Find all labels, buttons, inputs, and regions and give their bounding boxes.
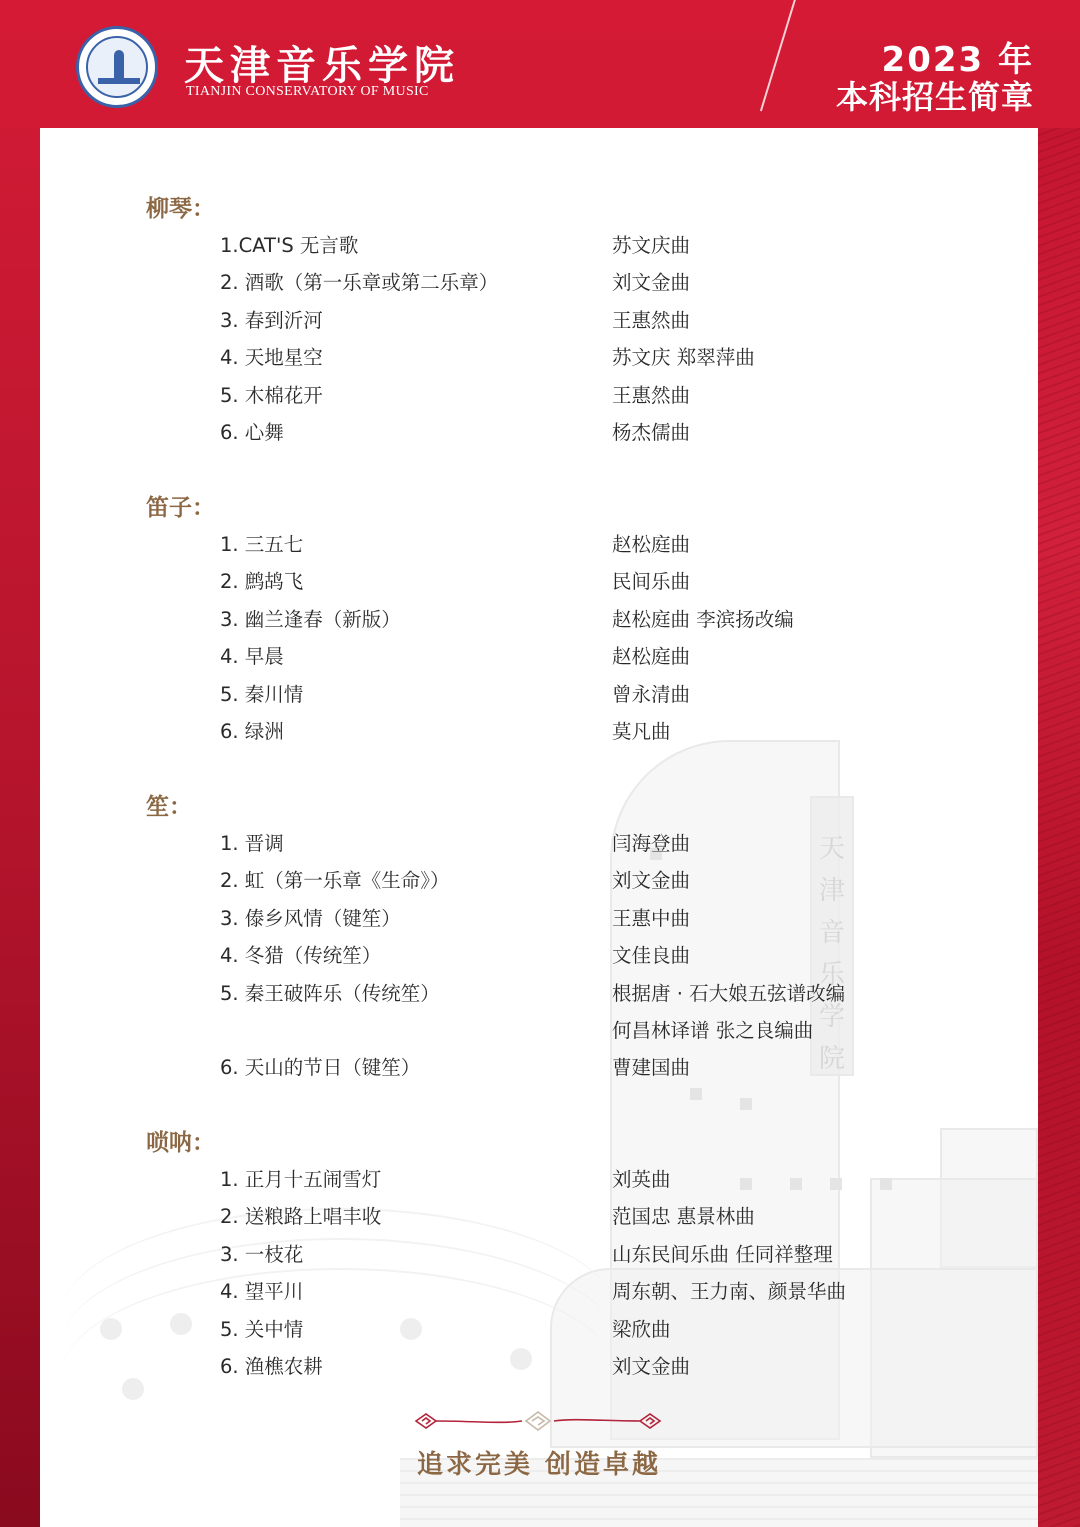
list-item: 1. 正月十五闹雪灯刘英曲 (146, 1161, 1026, 1198)
piece-title: 2. 送粮路上唱丰收 (220, 1198, 381, 1235)
composer: 刘文金曲 (612, 264, 690, 301)
list-item: 1. 晋调闫海登曲 (146, 825, 1026, 862)
piece-title: 5. 秦王破阵乐（传统笙） (220, 975, 440, 1012)
piece-title: 4. 早晨 (220, 638, 284, 675)
piece-title: 1.CAT'S 无言歌 (220, 227, 358, 264)
composer: 杨杰儒曲 (612, 414, 690, 451)
list-item: 6. 渔樵农耕刘文金曲 (146, 1348, 1026, 1385)
composer: 刘文金曲 (612, 862, 690, 899)
composer: 闫海登曲 (612, 825, 690, 862)
composer: 根据唐 · 石大娘五弦谱改编 (612, 975, 845, 1012)
composer: 刘英曲 (612, 1161, 671, 1198)
left-red-border (0, 128, 40, 1527)
list-item: 3. 傣乡风情（键笙）王惠中曲 (146, 900, 1026, 937)
composer: 莫凡曲 (612, 713, 671, 750)
list-item: 5. 秦川情曾永清曲 (146, 676, 1026, 713)
list-item: 4. 天地星空苏文庆 郑翠萍曲 (146, 339, 1026, 376)
section-sheng: 笙： 1. 晋调闫海登曲 2. 虹（第一乐章《生命》）刘文金曲 3. 傣乡风情（… (146, 790, 1026, 1087)
list-item: 4. 早晨赵松庭曲 (146, 638, 1026, 675)
school-motto: 追求完美 创造卓越 (40, 1444, 1038, 1481)
composer: 刘文金曲 (612, 1348, 690, 1385)
school-name-en: TIANJIN CONSERVATORY OF MUSIC (186, 84, 429, 100)
document-title: 本科招生简章 (836, 72, 1034, 118)
composer: 王惠中曲 (612, 900, 690, 937)
composer: 王惠然曲 (612, 302, 690, 339)
list-item: 3. 幽兰逢春（新版）赵松庭曲 李滨扬改编 (146, 601, 1026, 638)
composer: 曹建国曲 (612, 1049, 690, 1086)
section-title: 唢呐： (146, 1126, 1026, 1160)
piece-title: 4. 望平川 (220, 1273, 303, 1310)
list-item: 2. 酒歌（第一乐章或第二乐章）刘文金曲 (146, 264, 1026, 301)
piece-title: 6. 渔樵农耕 (220, 1348, 323, 1385)
school-emblem-icon (76, 26, 158, 108)
piece-title: 5. 关中情 (220, 1311, 303, 1348)
list-item: 2. 虹（第一乐章《生命》）刘文金曲 (146, 862, 1026, 899)
section-title: 笙： (146, 790, 1026, 824)
list-item: 5. 关中情梁欣曲 (146, 1311, 1026, 1348)
composer: 赵松庭曲 李滨扬改编 (612, 601, 794, 638)
right-red-border (1038, 128, 1080, 1527)
piece-title: 2. 鹧鸪飞 (220, 563, 303, 600)
composer: 赵松庭曲 (612, 638, 690, 675)
piece-title: 3. 幽兰逢春（新版） (220, 601, 401, 638)
list-item: 5. 秦王破阵乐（传统笙）根据唐 · 石大娘五弦谱改编 (146, 975, 1026, 1012)
list-item: 4. 望平川周东朝、王力南、颜景华曲 (146, 1273, 1026, 1310)
piece-title: 3. 一枝花 (220, 1236, 303, 1273)
list-item-continuation: 何昌林译谱 张之良编曲 (146, 1012, 1026, 1049)
piece-title: 6. 天山的节日（键笙） (220, 1049, 420, 1086)
list-item: 2. 鹧鸪飞民间乐曲 (146, 563, 1026, 600)
section-liuqin: 柳琴： 1.CAT'S 无言歌苏文庆曲 2. 酒歌（第一乐章或第二乐章）刘文金曲… (146, 192, 1026, 451)
music-note-icon (122, 1378, 144, 1400)
composer: 范国忠 惠景林曲 (612, 1198, 755, 1235)
list-item: 1. 三五七赵松庭曲 (146, 526, 1026, 563)
piece-title: 6. 心舞 (220, 414, 284, 451)
composer: 苏文庆曲 (612, 227, 690, 264)
composer: 苏文庆 郑翠萍曲 (612, 339, 755, 376)
section-title: 笛子： (146, 491, 1026, 525)
piece-title: 1. 晋调 (220, 825, 284, 862)
piece-title: 3. 春到沂河 (220, 302, 323, 339)
list-item: 4. 冬猎（传统笙）文佳良曲 (146, 937, 1026, 974)
section-dizi: 笛子： 1. 三五七赵松庭曲 2. 鹧鸪飞民间乐曲 3. 幽兰逢春（新版）赵松庭… (146, 491, 1026, 750)
composer: 曾永清曲 (612, 676, 690, 713)
list-item: 6. 绿洲莫凡曲 (146, 713, 1026, 750)
piece-title: 2. 酒歌（第一乐章或第二乐章） (220, 264, 498, 301)
list-item: 5. 木棉花开王惠然曲 (146, 377, 1026, 414)
piece-title: 1. 正月十五闹雪灯 (220, 1161, 381, 1198)
piece-title: 5. 秦川情 (220, 676, 303, 713)
piece-title: 3. 傣乡风情（键笙） (220, 900, 401, 937)
composer: 何昌林译谱 张之良编曲 (612, 1012, 813, 1049)
composer: 赵松庭曲 (612, 526, 690, 563)
composer: 山东民间乐曲 任同祥整理 (612, 1236, 833, 1273)
list-item: 3. 春到沂河王惠然曲 (146, 302, 1026, 339)
music-note-icon (100, 1318, 122, 1340)
composer: 文佳良曲 (612, 937, 690, 974)
section-suona: 唢呐： 1. 正月十五闹雪灯刘英曲 2. 送粮路上唱丰收范国忠 惠景林曲 3. … (146, 1126, 1026, 1385)
list-item: 6. 心舞杨杰儒曲 (146, 414, 1026, 451)
piece-title: 6. 绿洲 (220, 713, 284, 750)
composer: 王惠然曲 (612, 377, 690, 414)
school-name-cn: 天津音乐学院 (184, 34, 460, 91)
piece-title: 4. 天地星空 (220, 339, 323, 376)
page-header: 天津音乐学院 TIANJIN CONSERVATORY OF MUSIC 202… (0, 0, 1080, 128)
composer: 民间乐曲 (612, 563, 690, 600)
piece-title: 5. 木棉花开 (220, 377, 323, 414)
decorative-slash (760, 0, 797, 111)
composer: 周东朝、王力南、颜景华曲 (612, 1273, 846, 1310)
list-item: 6. 天山的节日（键笙）曹建国曲 (146, 1049, 1026, 1086)
piece-title: 2. 虹（第一乐章《生命》） (220, 862, 450, 899)
piece-title: 4. 冬猎（传统笙） (220, 937, 381, 974)
list-item: 1.CAT'S 无言歌苏文庆曲 (146, 227, 1026, 264)
list-item: 2. 送粮路上唱丰收范国忠 惠景林曲 (146, 1198, 1026, 1235)
list-item: 3. 一枝花山东民间乐曲 任同祥整理 (146, 1236, 1026, 1273)
piece-title: 1. 三五七 (220, 526, 303, 563)
section-title: 柳琴： (146, 192, 1026, 226)
content-card: 天津音乐学院 柳琴： 1.CAT'S 无言歌苏文庆曲 2. 酒歌（第一乐章或第二… (40, 128, 1038, 1527)
composer: 梁欣曲 (612, 1311, 671, 1348)
cloud-scroll-ornament-icon (412, 1408, 664, 1434)
